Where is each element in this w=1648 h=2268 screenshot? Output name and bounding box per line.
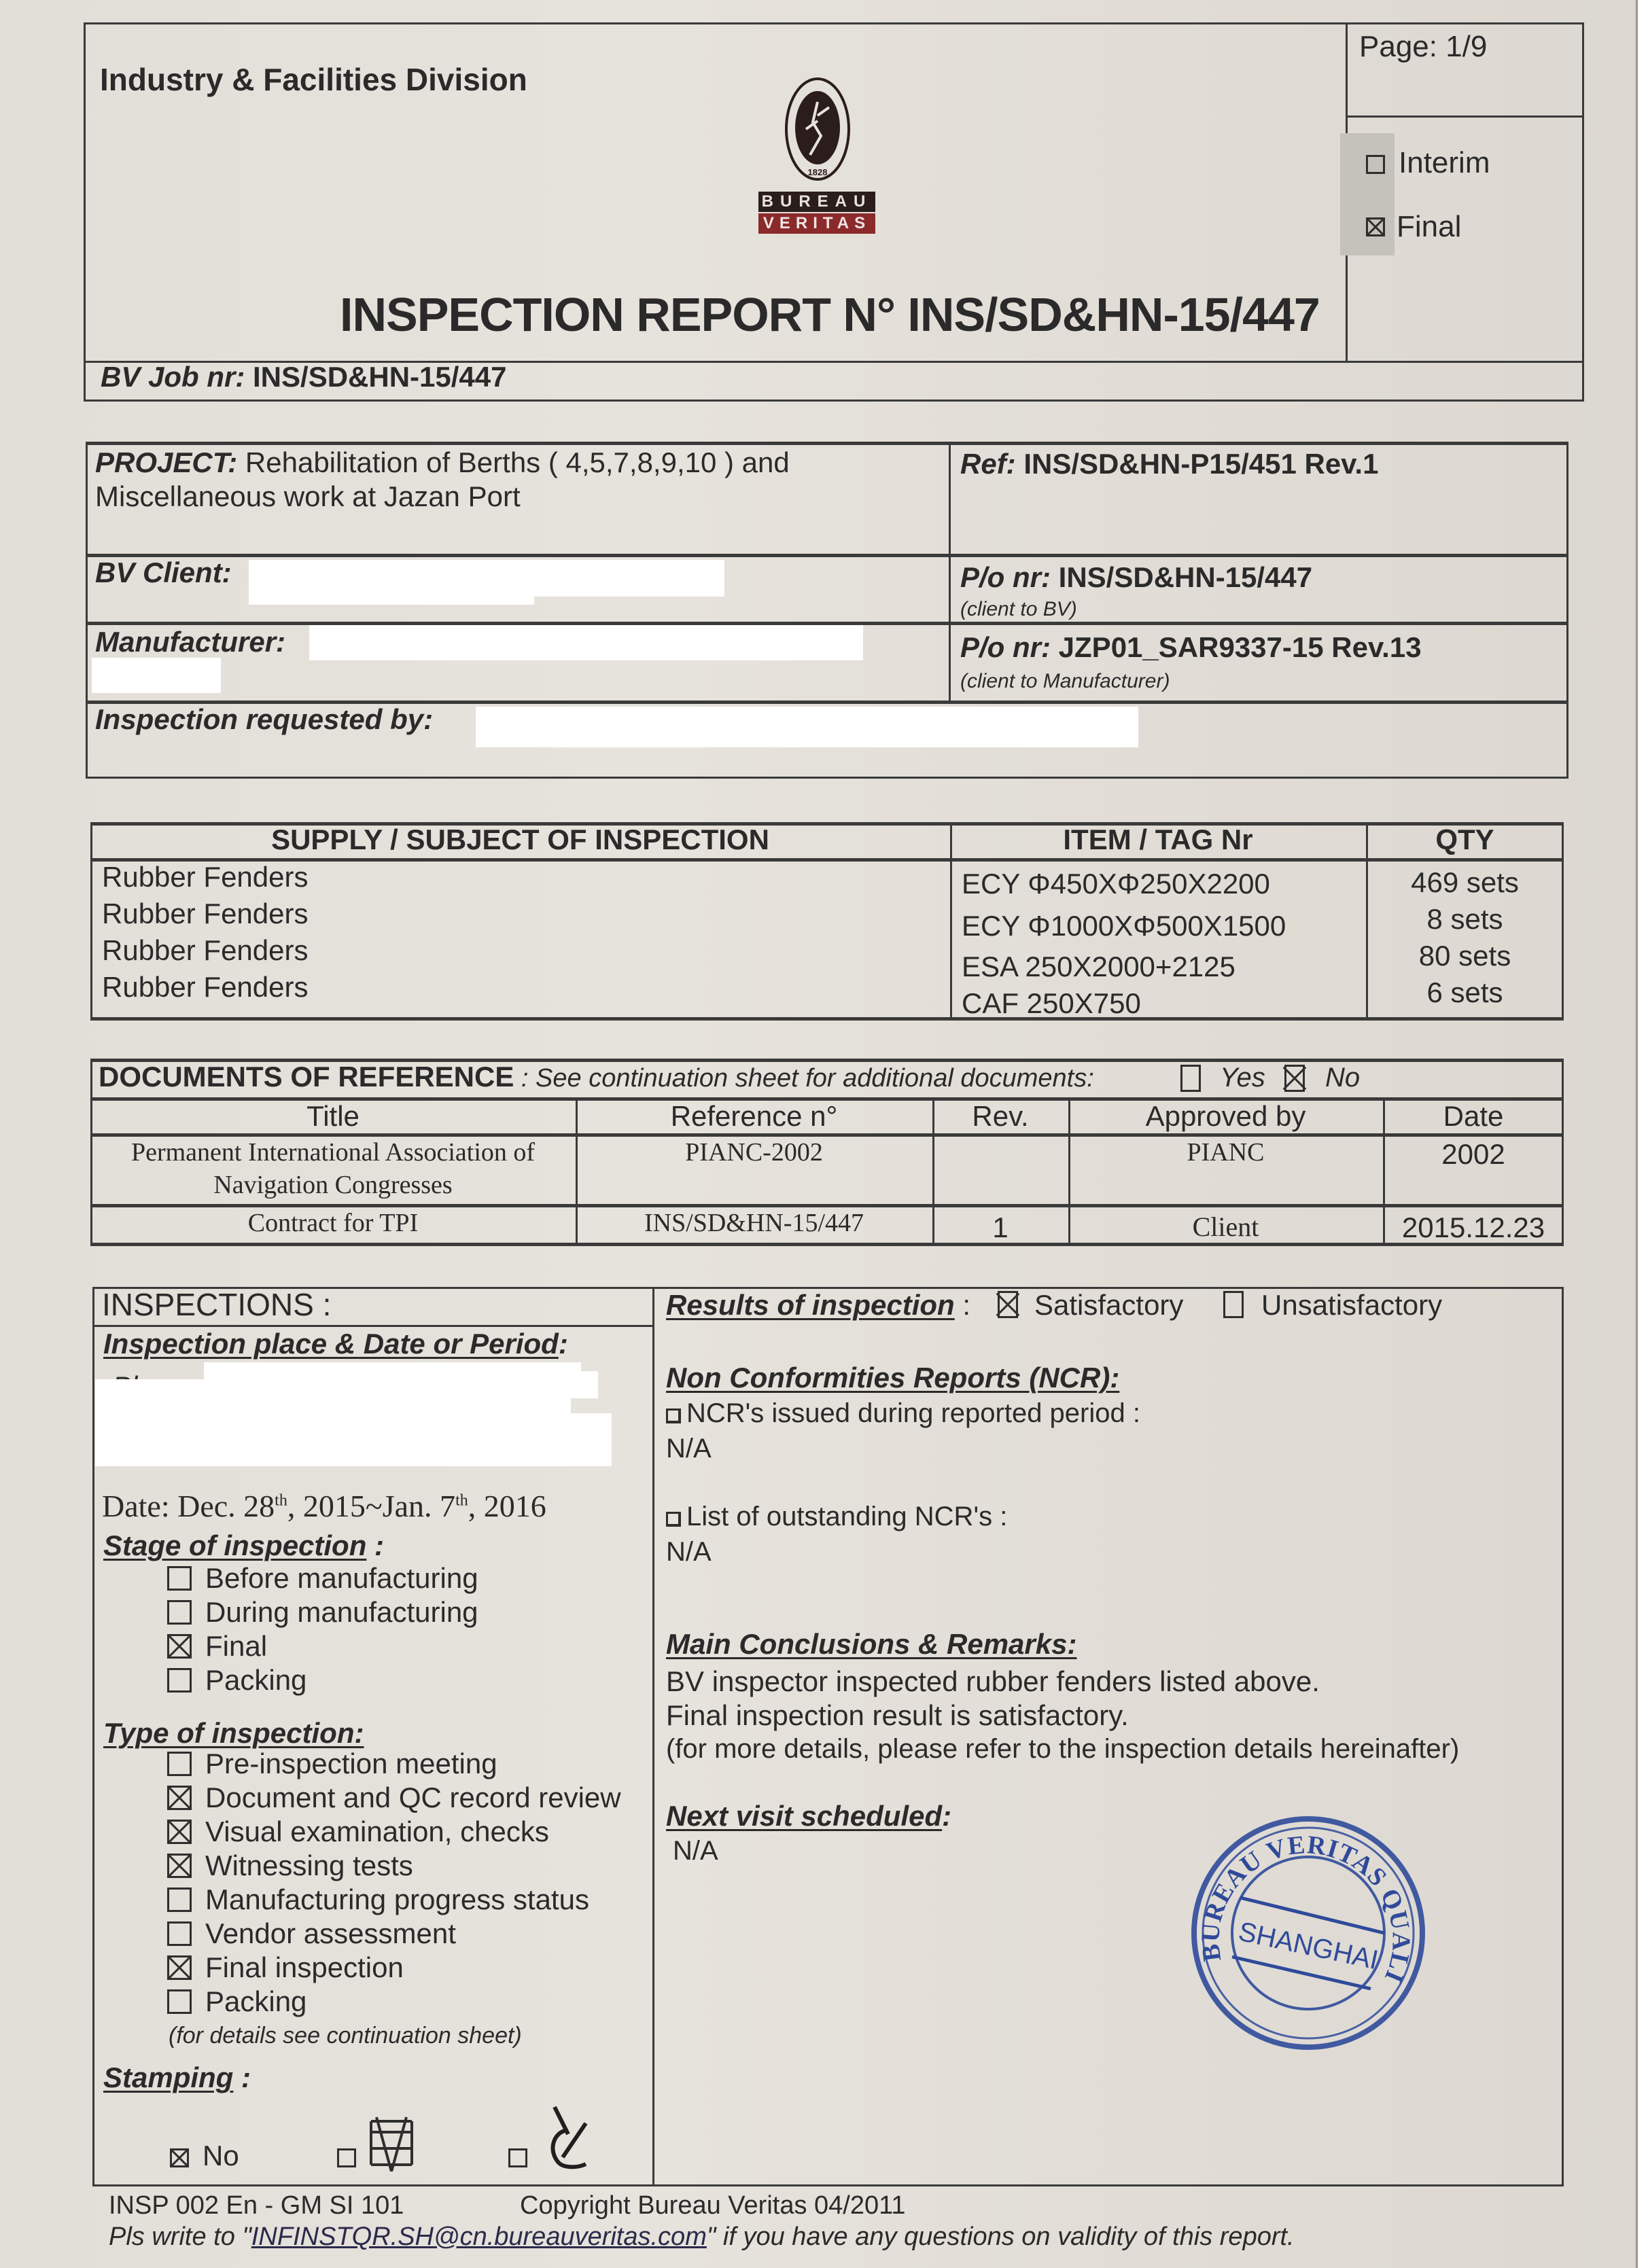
interim-label: Interim [1399,147,1490,179]
stage-during-checkbox[interactable] [167,1600,192,1625]
doc-row-approved: PIANC [1068,1139,1383,1167]
supply-row-qty: 8 sets [1366,904,1564,935]
bv-client-label: BV Client: [95,557,232,588]
project-row1-line [86,554,1568,557]
type-document-review-label: Document and QC record review [205,1782,621,1813]
doc-header-ref: Reference n° [576,1101,932,1132]
type-visual-checkbox[interactable] [167,1820,192,1844]
project-name-2: Miscellaneous work at Jazan Port [95,481,521,512]
ncr-issued-label: NCR's issued during reported period : [686,1398,1140,1428]
documents-heading: DOCUMENTS OF REFERENCE [99,1061,514,1093]
contact-prefix: Pls write to " [109,2222,251,2251]
supply-row-subject: Rubber Fenders [102,898,309,929]
redacted-place-3 [95,1413,612,1466]
stage-during-label: During manufacturing [205,1597,478,1628]
conclusions-heading: Main Conclusions & Remarks: [666,1629,1076,1660]
ref-row: Ref: INS/SD&HN-P15/451 Rev.1 [960,448,1378,480]
logo-veritas: VERITAS [758,213,875,234]
unsatisfactory-label: Unsatisfactory [1261,1290,1442,1321]
ncr-heading: Non Conformities Reports (NCR): [666,1362,1119,1394]
type-final-inspection-checkbox[interactable] [167,1955,192,1980]
ncr-outstanding-bullet-icon [666,1512,681,1527]
documents-no-checkbox[interactable] [1284,1065,1305,1092]
interim-checkbox[interactable] [1366,155,1385,174]
type-visual-label: Visual examination, checks [205,1816,549,1847]
report-title: INSPECTION REPORT N° INS/SD&HN-15/447 [340,289,1320,341]
type-witnessing-checkbox[interactable] [167,1854,192,1878]
type-vendor-label: Vendor assessment [205,1918,456,1949]
doc-row-ref: INS/SD&HN-15/447 [576,1209,932,1238]
type-packing-label: Packing [205,1986,306,2017]
stage-before-label: Before manufacturing [205,1563,478,1594]
type-document-review-checkbox[interactable] [167,1786,192,1810]
documents-header-line [90,1133,1564,1137]
place-date-label: Inspection place & Date or Period [103,1328,559,1360]
stage-final-checkbox[interactable] [167,1634,192,1659]
stage-heading: Stage of inspection : [103,1530,384,1561]
inspections-heading-line [92,1325,654,1327]
doc-row-ref: PIANC-2002 [576,1139,932,1167]
doc-row-title: Contract for TPI [90,1209,576,1238]
supply-row-subject: Rubber Fenders [102,935,309,966]
results-row: Results of inspection : [666,1290,970,1321]
stage-final-label: Final [205,1631,267,1662]
type-witnessing-label: Witnessing tests [205,1850,413,1881]
date-part: , 2016 [468,1489,546,1523]
inspections-divider [652,1287,654,2186]
type-final-inspection-label: Final inspection [205,1952,404,1983]
documents-yes-label: Yes [1220,1063,1265,1093]
po1-label: P/o nr: [960,561,1051,593]
conclusion-line: (for more details, please refer to the i… [666,1734,1459,1764]
doc-row-approved: Client [1068,1212,1383,1242]
results-label: Results of inspection [666,1289,955,1321]
type-progress-label: Manufacturing progress status [205,1884,589,1915]
po2-label: P/o nr: [960,631,1051,663]
documents-heading-row: DOCUMENTS OF REFERENCE : See continuatio… [99,1061,1094,1093]
documents-row-line [90,1204,1564,1207]
doc-header-date: Date [1383,1101,1564,1132]
inspections-heading: INSPECTIONS : [102,1288,331,1322]
documents-yes-checkbox[interactable] [1180,1065,1201,1092]
supply-row-item: CAF 250X750 [962,988,1141,1019]
redacted-place-4 [299,1371,598,1398]
inspection-date: Date: Dec. 28th, 2015~Jan. 7th, 2016 [102,1489,546,1524]
bv-job-value: INS/SD&HN-15/447 [253,361,506,393]
bureau-veritas-logo: 1828 BUREAU VERITAS [753,75,882,245]
contact-email-link[interactable]: INFINSTQR.SH@cn.bureauveritas.com [251,2222,707,2251]
stamping-inspector-checkbox[interactable] [508,2148,527,2167]
ncr-outstanding-label: List of outstanding NCR's : [686,1502,1007,1531]
project-divider [949,442,951,703]
doc-row-rev: 1 [932,1212,1068,1243]
type-preinspection-checkbox[interactable] [167,1752,192,1776]
date-sup: th [275,1492,287,1510]
requested-by-label: Inspection requested by: [95,704,433,735]
page-divider [1346,116,1584,118]
conclusion-line: BV inspector inspected rubber fenders li… [666,1666,1320,1697]
supply-row-item: ECY Φ450XΦ250X2200 [962,868,1270,900]
contact-line: Pls write to "INFINSTQR.SH@cn.bureauveri… [109,2223,1295,2252]
po2-row: P/o nr: JZP01_SAR9337-15 Rev.13 [960,632,1422,663]
next-visit-value: N/A [673,1836,718,1866]
stamping-no-checkbox[interactable] [170,2148,189,2167]
supply-row-subject: Rubber Fenders [102,972,309,1003]
page-number: Page: 1/9 [1359,31,1487,63]
redacted-manufacturer-2 [92,658,221,693]
contact-suffix: " if you have any questions on validity … [707,2222,1295,2251]
ncr-issued-value: N/A [666,1434,712,1464]
final-checkbox[interactable] [1366,217,1385,236]
place-date-heading: Inspection place & Date or Period: [103,1328,568,1360]
supply-row-subject: Rubber Fenders [102,862,309,893]
supply-row-item: ECY Φ1000XΦ500X1500 [962,910,1286,942]
supply-header-item: ITEM / TAG Nr [950,824,1366,855]
project-line-1: PROJECT: Rehabilitation of Berths ( 4,5,… [95,447,790,478]
satisfactory-checkbox[interactable] [998,1291,1018,1318]
supply-header-subject: SUPPLY / SUBJECT OF INSPECTION [90,824,950,855]
manufacturer-label: Manufacturer: [95,626,285,658]
logo-bureau: BUREAU [758,192,875,212]
next-visit-heading-row: Next visit scheduled: [666,1801,951,1832]
date-sup: th [455,1492,468,1510]
po1-note: (client to BV) [960,598,1077,620]
stamping-bv-checkbox[interactable] [337,2148,356,2167]
copyright: Copyright Bureau Veritas 04/2011 [520,2192,906,2220]
unsatisfactory-checkbox[interactable] [1223,1291,1244,1318]
form-code: INSP 002 En - GM SI 101 [109,2192,404,2220]
stamping-heading: Stamping : [103,2062,251,2093]
redacted-client-2 [249,591,534,605]
division-label: Industry & Facilities Division [100,63,527,97]
documents-sub: : See continuation sheet for additional … [514,1064,1093,1093]
type-preinspection-label: Pre-inspection meeting [205,1748,497,1779]
stage-packing-label: Packing [205,1665,306,1696]
project-name-1: Rehabilitation of Berths ( 4,5,7,8,9,10 … [237,446,790,478]
bv-job-label: BV Job nr: [101,361,245,393]
company-stamp-icon: BUREAU VERITAS QUALITY SERVICES CO.,LTD.… [1179,1811,1437,2062]
po1-row: P/o nr: INS/SD&HN-15/447 [960,562,1312,593]
final-label: Final [1397,211,1461,243]
redacted-manufacturer [309,625,863,660]
stage-packing-checkbox[interactable] [167,1668,192,1693]
conclusion-line: Final inspection result is satisfactory. [666,1700,1129,1731]
documents-no-label: No [1325,1063,1360,1093]
ref-label: Ref: [960,448,1016,480]
stage-label: Stage of inspection [103,1529,366,1561]
stamping-no-label: No [203,2140,239,2172]
doc-row-date: 2002 [1383,1139,1564,1170]
bv-job-row: BV Job nr: INS/SD&HN-15/447 [101,361,506,393]
supply-header-qty: QTY [1366,824,1564,855]
project-label: PROJECT: [95,446,237,478]
doc-row-date: 2015.12.23 [1383,1212,1564,1243]
type-heading: Type of inspection: [103,1718,364,1749]
type-progress-checkbox[interactable] [167,1888,192,1912]
status-highlight [1340,133,1395,255]
ref-value: INS/SD&HN-P15/451 Rev.1 [1016,448,1379,480]
po2-note: (client to Manufacturer) [960,670,1170,692]
stage-before-checkbox[interactable] [167,1566,192,1591]
supply-header-line [90,858,1564,862]
date-part: Date: Dec. 28 [102,1489,275,1523]
doc-header-rev: Rev. [932,1101,1068,1132]
po1-value: INS/SD&HN-15/447 [1051,561,1312,593]
document-page: Industry & Facilities Division 1828 BURE… [0,0,1638,2268]
stamping-label: Stamping [103,2061,233,2093]
type-vendor-checkbox[interactable] [167,1921,192,1946]
type-packing-checkbox[interactable] [167,1989,192,2014]
po2-value: JZP01_SAR9337-15 Rev.13 [1051,631,1422,663]
next-visit-heading: Next visit scheduled [666,1800,942,1832]
supply-row-qty: 6 sets [1366,977,1564,1008]
redacted-requested-by [476,707,1138,747]
inspector-stamp-mark-icon [544,2103,593,2171]
ncr-outstanding-row: List of outstanding NCR's : [666,1502,1007,1531]
doc-row-title: Permanent International Association of [90,1139,576,1167]
doc-header-title: Title [90,1101,576,1132]
details-note: (for details see continuation sheet) [169,2023,522,2049]
satisfactory-label: Satisfactory [1034,1290,1183,1321]
date-part: , 2015~Jan. 7 [287,1489,455,1523]
ncr-outstanding-value: N/A [666,1537,712,1567]
svg-text:1828: 1828 [808,167,828,177]
ncr-issued-row: NCR's issued during reported period : [666,1398,1140,1428]
supply-row-qty: 80 sets [1366,940,1564,972]
ncr-issued-bullet-icon [666,1408,681,1423]
bv-stamp-mark-icon [367,2114,416,2172]
supply-row-item: ESA 250X2000+2125 [962,951,1235,982]
doc-header-approved: Approved by [1068,1101,1383,1132]
doc-row-title-2: Navigation Congresses [90,1171,576,1200]
supply-row-qty: 469 sets [1366,867,1564,898]
